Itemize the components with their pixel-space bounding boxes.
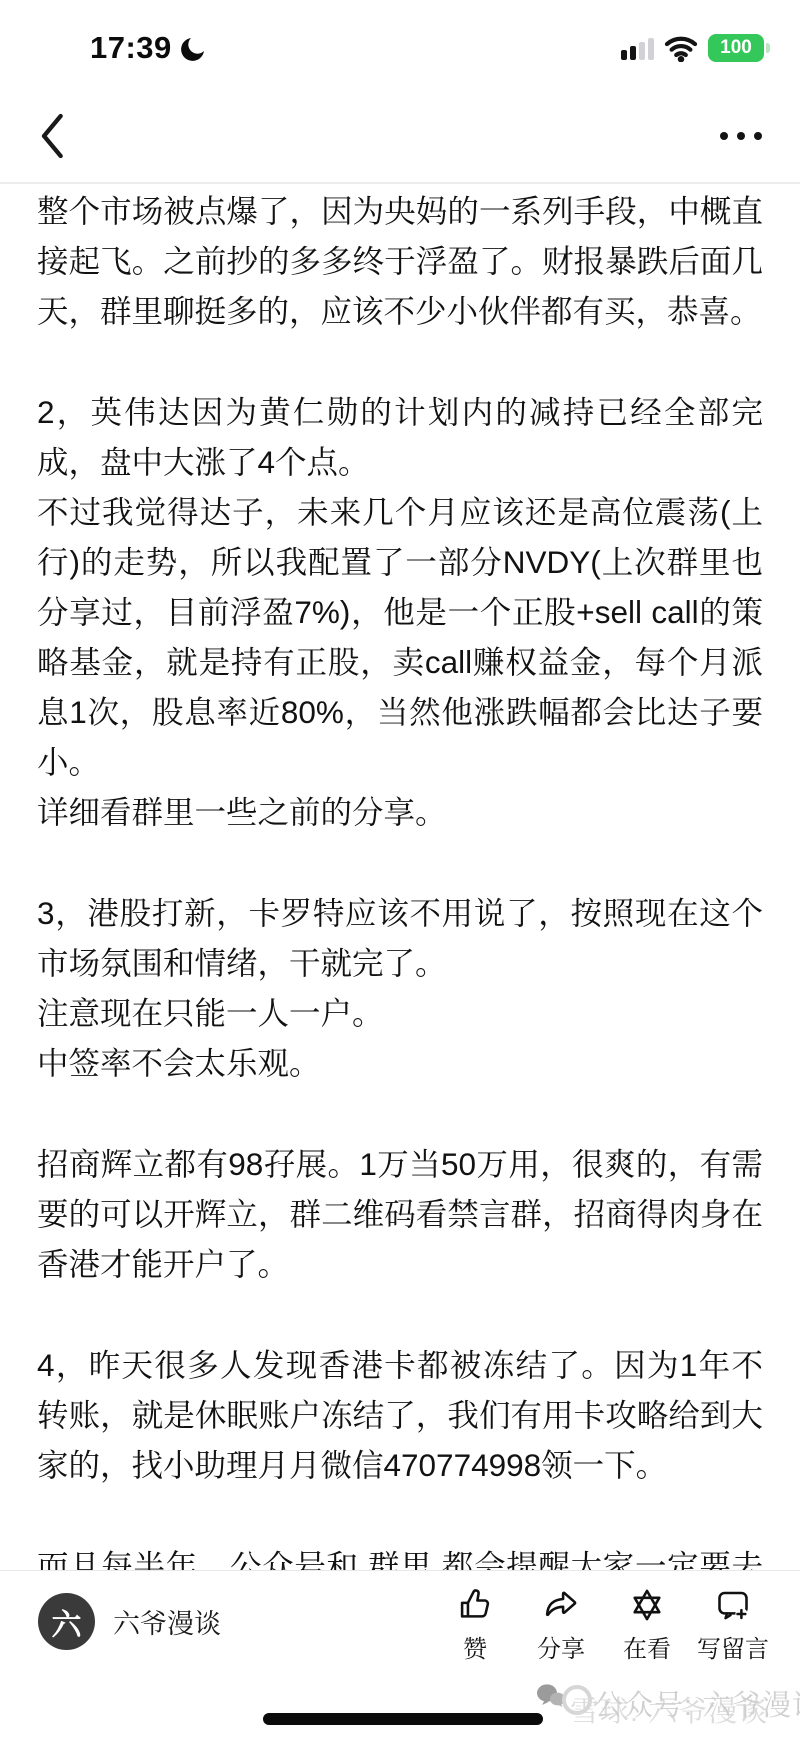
comment-plus-icon [715,1587,751,1623]
like-label: 赞 [463,1629,487,1664]
like-button[interactable]: 赞 [432,1587,518,1664]
wow-button[interactable]: 在看 [604,1587,690,1664]
footer-bar: 六 六爷漫谈 赞 分享 在看 [0,1570,800,1738]
moon-icon [178,34,208,64]
wechat-article-screen: { "status_bar": { "time": "17:39", "batt… [0,0,800,1738]
comment-button[interactable]: 写留言 [690,1587,776,1664]
status-bar: 17:39 100 [0,0,800,90]
article-paragraph: 中签率不会太乐观。 [37,1038,763,1088]
watermark-xueqiu-text: 雪球: 六爷漫谈 [570,1689,768,1730]
cellular-signal-icon [621,36,654,60]
status-left: 17:39 [90,30,208,66]
article-paragraph: 2，英伟达因为黄仁勋的计划内的减持已经全部完成，盘中大涨了4个点。 [37,387,763,487]
share-label: 分享 [537,1629,585,1664]
article-paragraph: 不过我觉得达子，未来几个月应该还是高位震荡(上行)的走势，所以我配置了一部分NV… [37,487,763,787]
watermark: 雪球: 六爷漫谈 公众号: 六爷漫谈 [536,1677,796,1729]
home-indicator[interactable] [263,1713,543,1725]
status-time: 17:39 [90,30,172,66]
nav-bar [0,90,800,184]
wow-label: 在看 [623,1629,671,1664]
article-paragraph: 4，昨天很多人发现香港卡都被冻结了。因为1年不转账，就是休眠账户冻结了，我们有用… [37,1340,763,1490]
article-paragraph: 注意现在只能一人一户。 [37,988,763,1038]
article-paragraph: 招商辉立都有98孖展。1万当50万用，很爽的，有需要的可以开辉立，群二维码看禁言… [37,1139,763,1289]
battery-percent: 100 [720,37,752,59]
back-chevron-icon[interactable] [34,110,74,162]
account-chip[interactable]: 六 六爷漫谈 [38,1593,221,1650]
wifi-icon [664,34,698,62]
action-bar: 赞 分享 在看 写留言 [432,1587,776,1664]
xueqiu-icon [562,1685,592,1715]
share-arrow-icon [543,1587,579,1623]
article-body: 整个市场被点爆了，因为央妈的一系列手段，中概直接起飞。之前抄的多多终于浮盈了。财… [0,184,800,1570]
battery-nub [766,43,770,53]
account-avatar: 六 [38,1593,95,1650]
share-button[interactable]: 分享 [518,1587,604,1664]
comment-label: 写留言 [697,1629,769,1664]
wechat-icon [536,1683,566,1709]
more-dots-icon[interactable] [718,126,764,146]
status-right: 100 [621,34,764,62]
thumbs-up-icon [457,1587,493,1623]
article-paragraph: 而且每半年，公众号和 群里 都会提醒大家一定要去完成转账，避免账户被冻结 [37,1541,763,1570]
watermark-gongzhonghao-text: 公众号: 六爷漫谈 [594,1683,800,1724]
article-paragraph: 3，港股打新，卡罗特应该不用说了，按照现在这个市场氛围和情绪，干就完了。 [37,888,763,988]
battery-icon: 100 [708,34,764,62]
article-paragraph: 详细看群里一些之前的分享。 [37,787,763,837]
account-name: 六爷漫谈 [113,1602,221,1641]
article-paragraph: 整个市场被点爆了，因为央妈的一系列手段，中概直接起飞。之前抄的多多终于浮盈了。财… [37,186,763,336]
wow-flower-icon [629,1587,665,1623]
